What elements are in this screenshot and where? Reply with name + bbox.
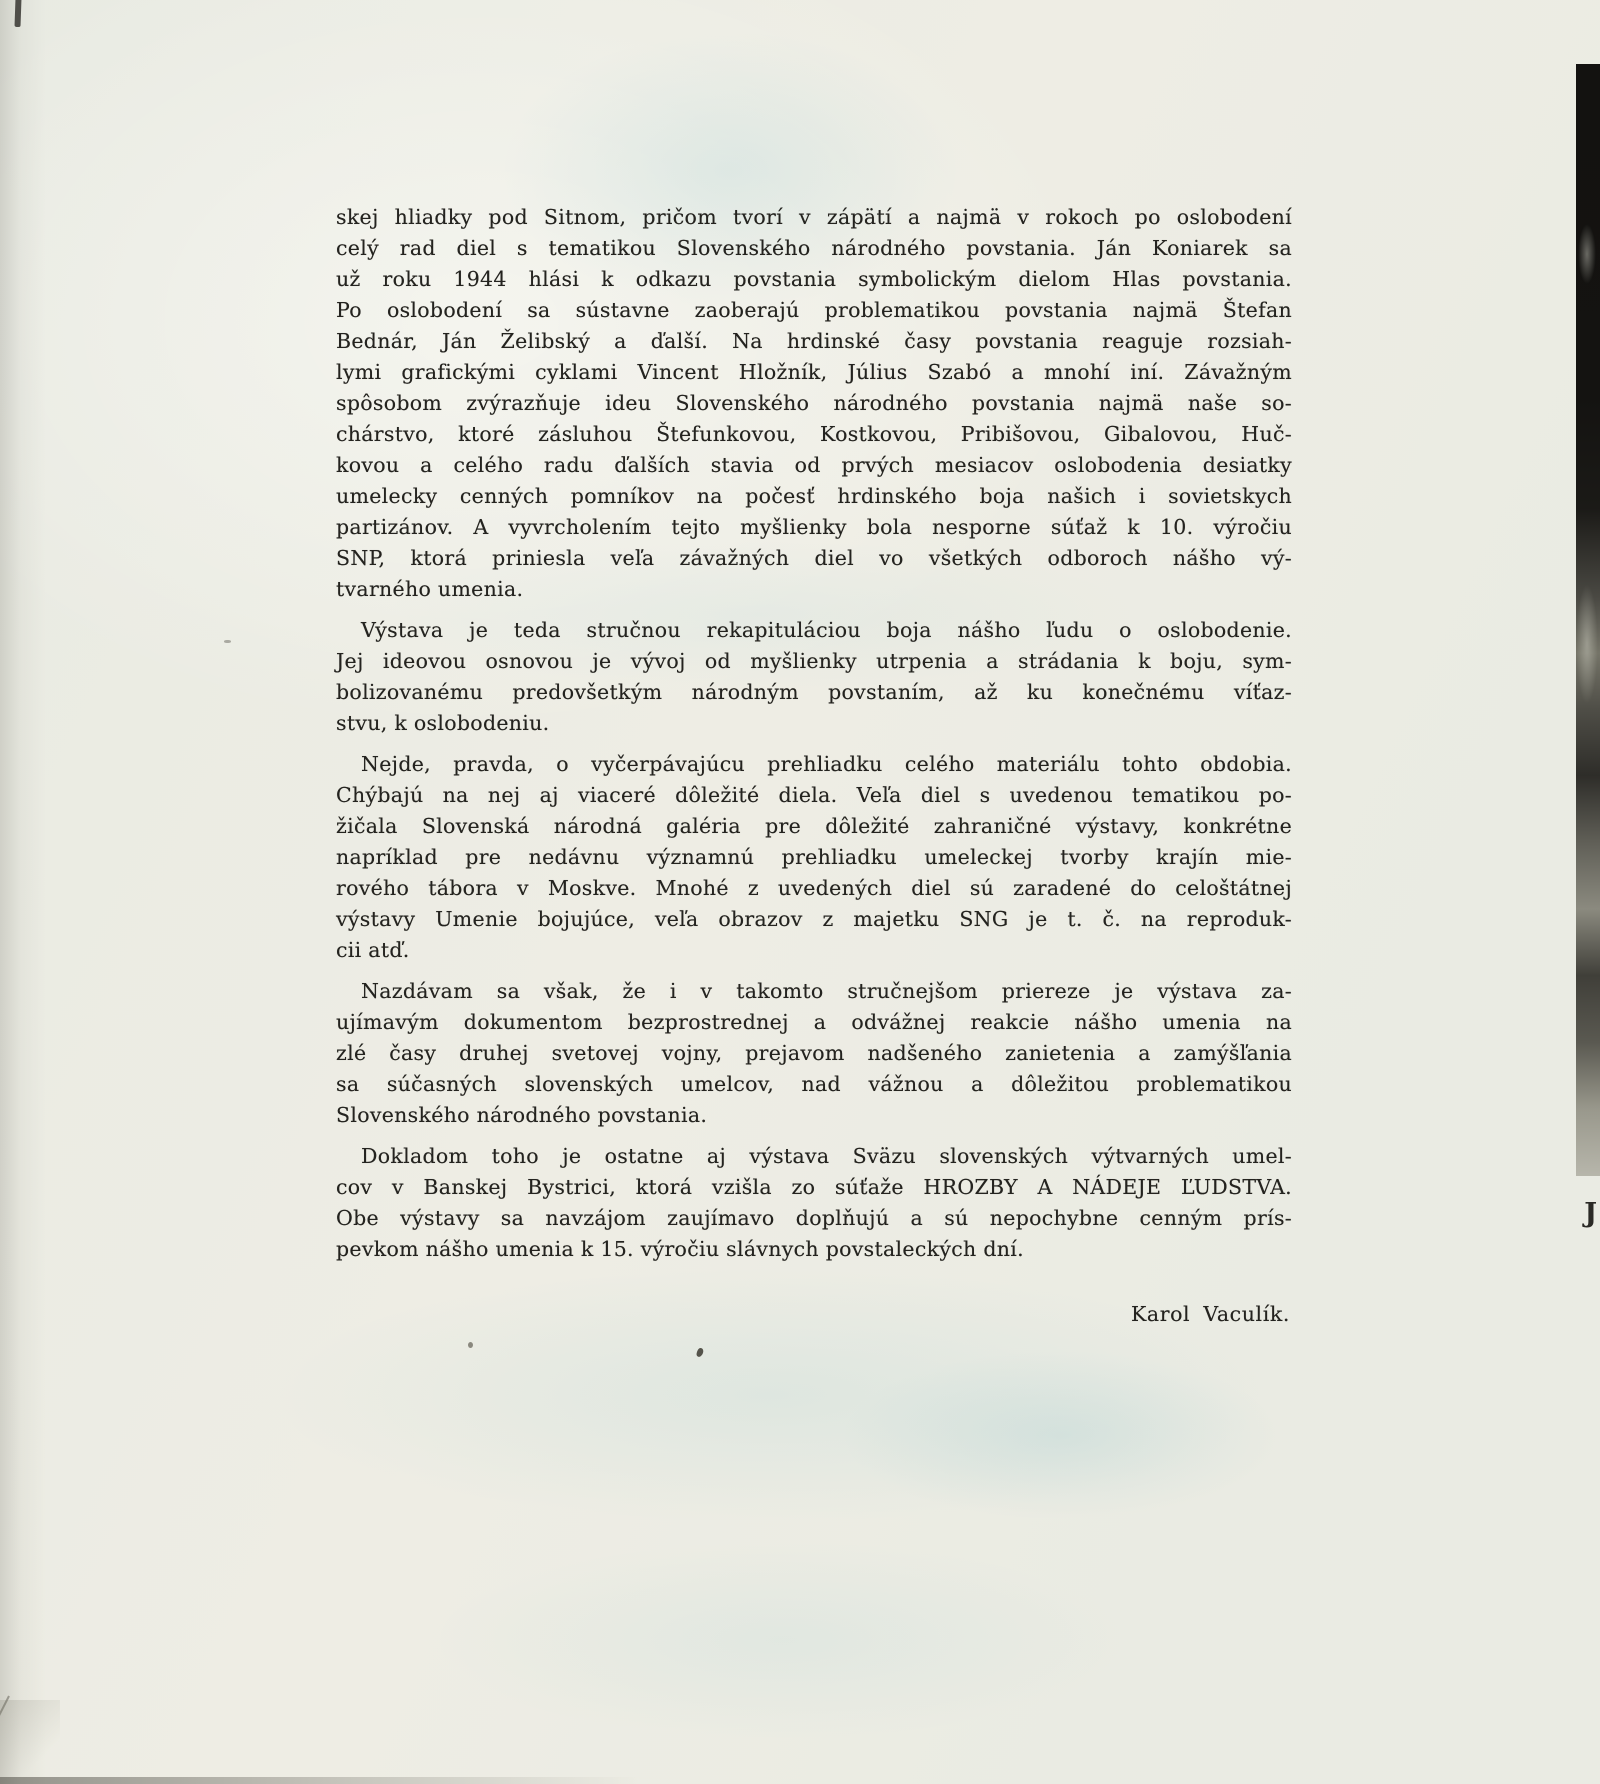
text-line: Bednár, Ján Želibský a ďalší. Na hrdinsk… [336, 326, 1292, 357]
text-line: žičala Slovenská národná galéria pre dôl… [336, 811, 1292, 842]
text-line: umelecky cenných pomníkov na počesť hrdi… [336, 481, 1292, 512]
paragraph: Výstava je teda stručnou rekapituláciou … [336, 615, 1292, 739]
text-line: zlé časy druhej svetovej vojny, prejavom… [336, 1038, 1292, 1069]
text-line: cii atď. [336, 935, 1292, 966]
paper-speck [224, 640, 231, 643]
text-line: Jej ideovou osnovou je vývoj od myšlienk… [336, 646, 1292, 677]
photo-highlight [1576, 584, 1598, 704]
text-line: tvarného umenia. [336, 574, 1292, 605]
text-line: Po oslobodení sa sústavne zaoberajú prob… [336, 295, 1292, 326]
text-line: Nejde, pravda, o vyčerpávajúcu prehliadk… [336, 749, 1292, 780]
paragraph: skej hliadky pod Sitnom, pričom tvorí v … [336, 202, 1292, 605]
watermark-tint [430, 1540, 1130, 1740]
scanned-page: skej hliadky pod Sitnom, pričom tvorí v … [0, 0, 1600, 1784]
photo-highlight [1578, 224, 1596, 284]
page-crease [0, 1700, 60, 1784]
text-line: Dokladom toho je ostatne aj výstava Sväz… [336, 1141, 1292, 1172]
text-line: cov v Banskej Bystrici, ktorá vzišla zo … [336, 1172, 1292, 1203]
facing-page-photo-edge [1576, 64, 1600, 1176]
text-line: rového tábora v Moskve. Mnohé z uvedenýc… [336, 873, 1292, 904]
author-signature: Karol Vaculík. [336, 1299, 1292, 1330]
text-line: spôsobom zvýrazňuje ideu Slovenského nár… [336, 388, 1292, 419]
text-line: ujímavým dokumentom bezprostrednej a odv… [336, 1007, 1292, 1038]
paragraph: Dokladom toho je ostatne aj výstava Sväz… [336, 1141, 1292, 1265]
text-line: sa súčasných slovenských umelcov, nad vá… [336, 1069, 1292, 1100]
article-text: skej hliadky pod Sitnom, pričom tvorí v … [336, 202, 1292, 1330]
text-line: skej hliadky pod Sitnom, pričom tvorí v … [336, 202, 1292, 233]
text-line: Nazdávam sa však, že i v takomto stručne… [336, 976, 1292, 1007]
text-line: Slovenského národného povstania. [336, 1100, 1292, 1131]
text-line: Chýbajú na nej aj viaceré dôležité diela… [336, 780, 1292, 811]
paper-speck [468, 1342, 473, 1348]
text-line: pevkom nášho umenia k 15. výročiu slávny… [336, 1234, 1292, 1265]
paper-speck [696, 1347, 704, 1357]
text-line: už roku 1944 hlási k odkazu povstania sy… [336, 264, 1292, 295]
text-line: výstavy Umenie bojujúce, veľa obrazov z … [336, 904, 1292, 935]
paragraph: Nazdávam sa však, že i v takomto stručne… [336, 976, 1292, 1131]
page-edge-shadow [0, 1777, 640, 1784]
text-line: bolizovanému predovšetkým národným povst… [336, 677, 1292, 708]
watermark-tint [840, 1350, 1280, 1520]
text-line: kovou a celého radu ďalších stavia od pr… [336, 450, 1292, 481]
text-line: partizánov. A vyvrcholením tejto myšlien… [336, 512, 1292, 543]
text-line: stvu, k oslobodeniu. [336, 708, 1292, 739]
corner-nick [14, 0, 21, 27]
facing-page-letter: J [1584, 1198, 1597, 1229]
text-line: Obe výstavy sa navzájom zaujímavo doplňu… [336, 1203, 1292, 1234]
text-line: lymi grafickými cyklami Vincent Hložník,… [336, 357, 1292, 388]
article-paragraphs: skej hliadky pod Sitnom, pričom tvorí v … [336, 202, 1292, 1265]
text-line: napríklad pre nedávnu významnú prehliadk… [336, 842, 1292, 873]
text-line: SNP, ktorá priniesla veľa závažných diel… [336, 543, 1292, 574]
text-line: chárstvo, ktoré zásluhou Štefunkovou, Ko… [336, 419, 1292, 450]
text-line: Výstava je teda stručnou rekapituláciou … [336, 615, 1292, 646]
paragraph: Nejde, pravda, o vyčerpávajúcu prehliadk… [336, 749, 1292, 966]
text-line: celý rad diel s tematikou Slovenského ná… [336, 233, 1292, 264]
page-edge-shadow [0, 0, 46, 1784]
